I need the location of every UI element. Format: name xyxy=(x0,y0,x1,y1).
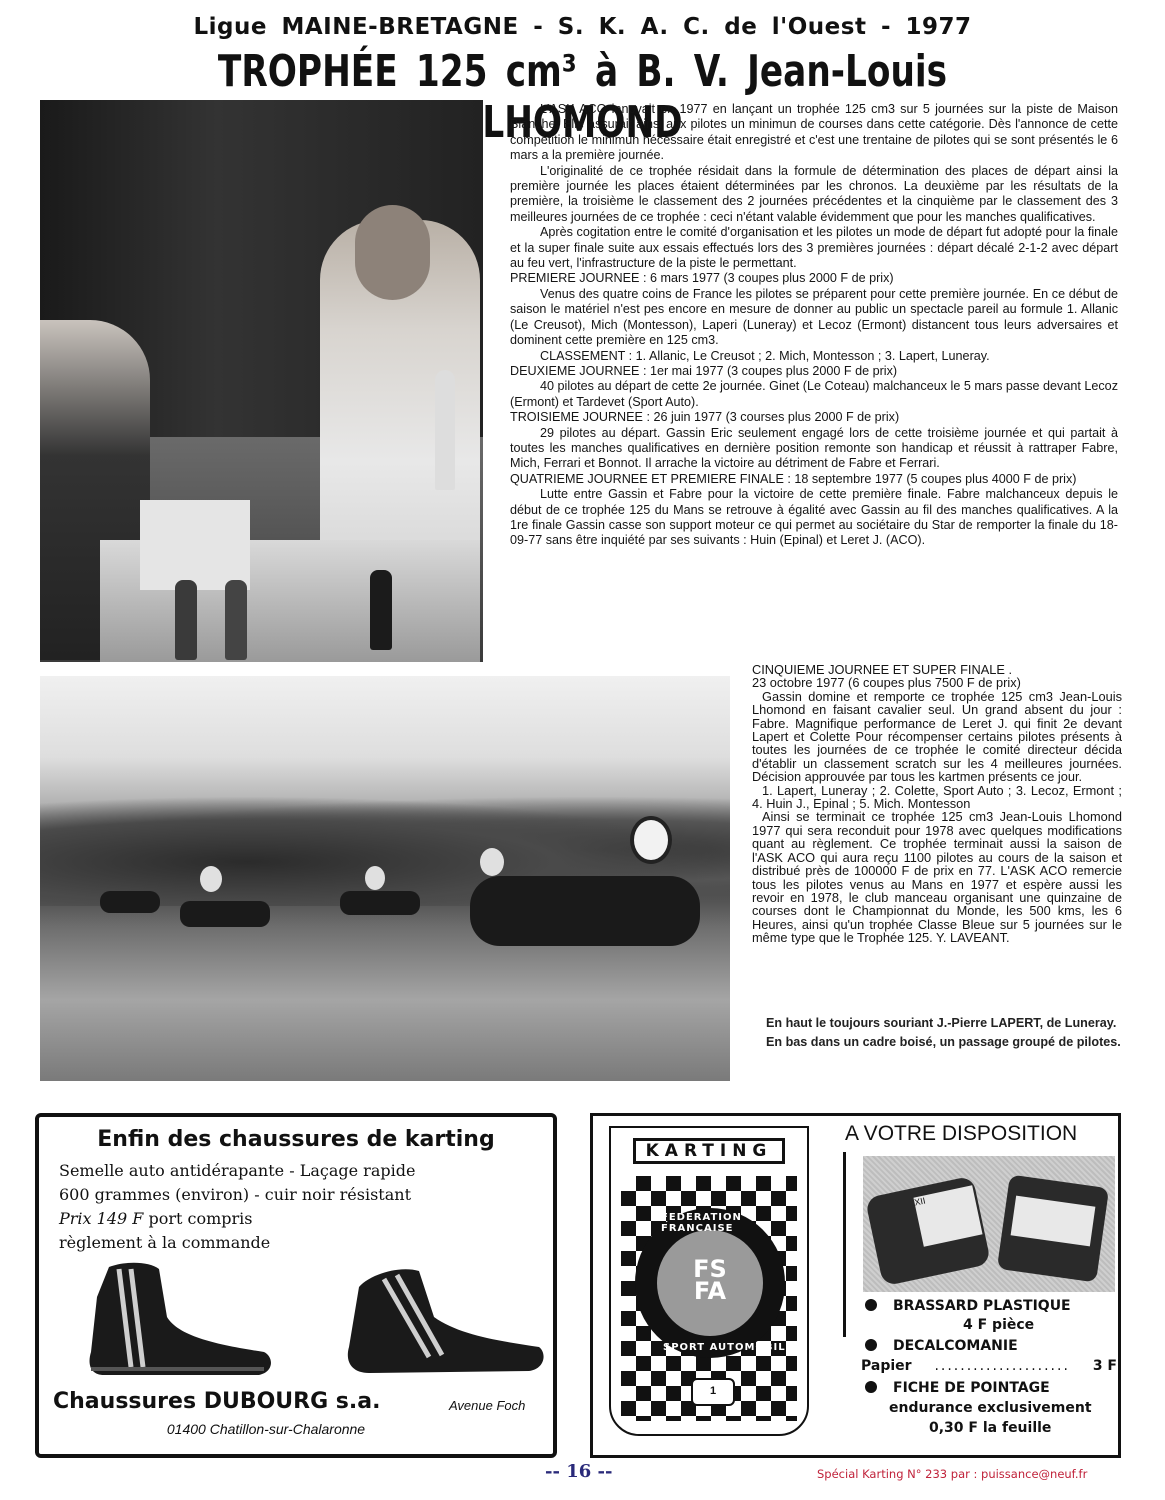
item-detail-price: 3 F xyxy=(1093,1358,1117,1374)
ad-shoes-brand: Chaussures DUBOURG s.a. xyxy=(53,1389,380,1414)
item-decalcomanie-price: Papier ..................... 3 F xyxy=(861,1358,1117,1374)
page-subtitle: Ligue MAINE-BRETAGNE - S. K. A. C. de l'… xyxy=(0,14,1165,40)
ad-shoes-price-value: Prix 149 F xyxy=(59,1209,143,1228)
driver-helmet xyxy=(200,866,222,892)
shoe-icon xyxy=(339,1257,549,1382)
ad-shoes-street: Avenue Foch xyxy=(449,1398,525,1413)
ad-dubourg-shoes: Enfin des chaussures de karting Semelle … xyxy=(35,1113,557,1458)
ffsa-ring-text-top: FEDERATION FRANCAISE xyxy=(661,1212,807,1234)
driver-helmet xyxy=(480,848,504,876)
driver-helmet xyxy=(365,866,385,890)
divider xyxy=(843,1152,846,1337)
photo-captions: En haut le toujours souriant J.-Pierre L… xyxy=(766,1015,1122,1053)
item-fiche-detail: endurance exclusivement xyxy=(889,1400,1092,1416)
article-paragraph: Gassin domine et remporte ce trophée 125… xyxy=(752,690,1122,784)
photo-bottom-kart-race xyxy=(40,676,730,1081)
ad-shoes-line: Semelle auto antidérapante - Laçage rapi… xyxy=(59,1161,415,1180)
bullet-icon xyxy=(865,1339,877,1351)
article-section-heading: PREMIERE JOURNEE : 6 mars 1977 (3 coupes… xyxy=(510,271,1118,286)
article-paragraph: Après cogitation entre le comité d'organ… xyxy=(510,225,1118,271)
kart-emblem-icon: 1 xyxy=(691,1378,735,1406)
item-name: BRASSARD PLASTIQUE xyxy=(893,1298,1071,1314)
disposition-photo-armbands: XII xyxy=(863,1156,1115,1292)
article-paragraph: L'originalité de ce trophée résidait dan… xyxy=(510,164,1118,226)
item-brassard-price: 4 F pièce xyxy=(963,1317,1034,1333)
article-paragraph: Venus des quatre coins de France les pil… xyxy=(510,287,1118,349)
kart-lead xyxy=(470,876,700,946)
article-paragraph: 40 pilotes au départ de cette 2e journée… xyxy=(510,379,1118,410)
ad-shoes-line: 600 grammes (environ) - cuir noir résist… xyxy=(59,1185,411,1204)
ffsa-monogram: FS FA xyxy=(657,1258,763,1302)
bullet-icon xyxy=(865,1381,877,1393)
photo-box xyxy=(140,500,250,590)
ad-shoes-price-note: port compris xyxy=(143,1209,252,1228)
item-decalcomanie: DECALCOMANIE xyxy=(865,1338,1018,1354)
ffsa-karting-badge: KARTING xyxy=(633,1138,785,1164)
photo-bottle xyxy=(225,580,247,660)
photo-bottle xyxy=(370,570,392,650)
kart xyxy=(340,891,420,915)
photo-top-pilot-trophy xyxy=(40,100,483,662)
caption-top: En haut le toujours souriant J.-Pierre L… xyxy=(766,1015,1122,1031)
article-paragraph: 29 pilotes au départ. Gassin Eric seulem… xyxy=(510,426,1118,472)
photo-bottle xyxy=(175,580,197,660)
article-paragraph: Lutte entre Gassin et Fabre pour la vict… xyxy=(510,487,1118,549)
article-section-heading: 23 octobre 1977 (6 coupes plus 7500 F de… xyxy=(752,676,1122,689)
item-fiche: FICHE DE POINTAGE xyxy=(865,1380,1050,1396)
item-brassard: BRASSARD PLASTIQUE xyxy=(865,1298,1071,1314)
shoe-icon xyxy=(79,1257,279,1382)
ffsa-shield-logo: KARTING FS FA FEDERATION FRANCAISE SPORT… xyxy=(609,1126,809,1436)
ffsa-monogram-line2: FA xyxy=(657,1280,763,1302)
article-section-heading: CINQUIEME JOURNEE ET SUPER FINALE . xyxy=(752,663,1122,676)
trophy-icon xyxy=(435,370,455,490)
article-paragraph: Ainsi se terminait ce trophée 125 cm3 Je… xyxy=(752,810,1122,944)
article-section-heading: TROISIEME JOURNEE : 26 juin 1977 (3 cour… xyxy=(510,410,1118,425)
article-paragraph: 1. Lapert, Luneray ; 2. Colette, Sport A… xyxy=(752,784,1122,811)
ad-shoes-order: règlement à la commande xyxy=(59,1233,270,1252)
caption-bottom: En bas dans un cadre boisé, un passage g… xyxy=(766,1034,1122,1050)
item-detail-label: Papier xyxy=(861,1358,912,1374)
ad-shoes-price: Prix 149 F port compris xyxy=(59,1209,252,1228)
article-body: L'ASK ACO innovait en 1977 en lançant un… xyxy=(510,102,1118,549)
article-section-heading: QUATRIEME JOURNEE ET PREMIERE FINALE : 1… xyxy=(510,472,1118,487)
ad-shoes-title: Enfin des chaussures de karting xyxy=(39,1127,553,1152)
ad-ffsa-karting: KARTING FS FA FEDERATION FRANCAISE SPORT… xyxy=(590,1113,1121,1458)
article-paragraph: CLASSEMENT : 1. Allanic, Le Creusot ; 2.… xyxy=(510,349,1118,364)
ad-shoes-city: 01400 Chatillon-sur-Chalaronne xyxy=(39,1421,553,1437)
ffsa-ring-text-bottom: SPORT AUTOMOBILE xyxy=(663,1342,793,1353)
article-section-heading: DEUXIEME JOURNEE : 1er mai 1977 (3 coupe… xyxy=(510,364,1118,379)
page-number: -- 16 -- xyxy=(545,1461,612,1482)
photo-figure-head xyxy=(355,205,430,300)
kart xyxy=(100,891,160,913)
item-fiche-price: 0,30 F la feuille xyxy=(929,1420,1051,1436)
item-name: FICHE DE POINTAGE xyxy=(893,1380,1050,1396)
driver-helmet xyxy=(630,816,672,864)
item-dot-leader: ..................... xyxy=(934,1358,1069,1374)
footer-credit: Spécial Karting N° 233 par : puissance@n… xyxy=(817,1467,1087,1481)
article-continuation: CINQUIEME JOURNEE ET SUPER FINALE . 23 o… xyxy=(752,663,1122,945)
kart xyxy=(180,901,270,927)
disposition-title: A VOTRE DISPOSITION xyxy=(845,1122,1077,1146)
article-paragraph: L'ASK ACO innovait en 1977 en lançant un… xyxy=(510,102,1118,164)
item-name: DECALCOMANIE xyxy=(893,1338,1018,1354)
bullet-icon xyxy=(865,1299,877,1311)
